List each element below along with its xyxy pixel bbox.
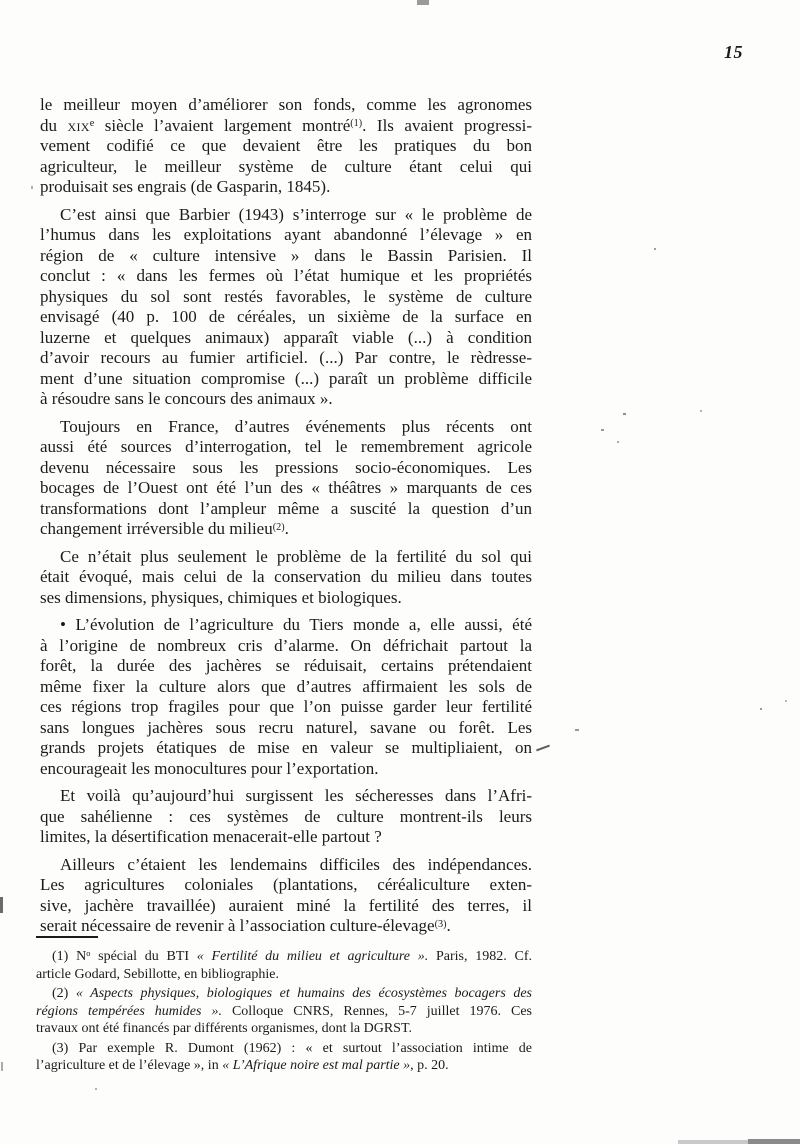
text-line: sive, jachère travaillée) auraient miné … <box>40 896 532 917</box>
paragraph: (2) « Aspects physiques, biologiques et … <box>36 985 532 1038</box>
text-line: (2) « Aspects physiques, biologiques et … <box>36 985 532 1003</box>
body-text: le meilleur moyen d’améliorer son fonds,… <box>40 95 532 937</box>
text-line: limites, la désertification menacerait-e… <box>40 827 532 848</box>
scan-artifact-speck <box>654 248 656 250</box>
document-page: 15 le meilleur moyen d’améliorer son fon… <box>0 0 800 1144</box>
text-line: devenu nécessaire sous les pressions soc… <box>40 458 532 479</box>
text-line: travaux ont été financés par différents … <box>36 1020 532 1038</box>
scan-artifact-speck <box>95 1088 97 1090</box>
text-line: régions tempérées humides ». Colloque CN… <box>36 1003 532 1021</box>
text-line: Ce n’était plus seulement le problème de… <box>40 547 532 568</box>
text-line: l’agriculture et de l’élevage », in « L’… <box>36 1057 532 1075</box>
text-line: (1) No spécial du BTI « Fertilité du mil… <box>36 948 532 966</box>
scan-artifact-top-mark <box>417 0 429 5</box>
text-line: l’humus dans les exploitations ayant aba… <box>40 225 532 246</box>
scan-artifact-speck <box>700 410 702 412</box>
text-line: du xixe siècle l’avaient largement montr… <box>40 116 532 137</box>
text-line: à résoudre sans le concours des animaux … <box>40 389 532 410</box>
scan-artifact-left-tick <box>0 897 3 913</box>
text-line: bocages de l’Ouest ont été l’un des « th… <box>40 478 532 499</box>
text-line: • L’évolution de l’agriculture du Tiers … <box>40 615 532 636</box>
scan-artifact-speck <box>760 708 762 710</box>
text-line: transformations dont l’ampleur même a su… <box>40 499 532 520</box>
scan-artifact-slash <box>536 745 550 752</box>
text-line: Les agricultures coloniales (plantations… <box>40 875 532 896</box>
text-line: le meilleur moyen d’améliorer son fonds,… <box>40 95 532 116</box>
scan-artifact-speck <box>785 700 787 702</box>
text-line: même fixer la culture alors que d’autres… <box>40 677 532 698</box>
text-line: ces régions trop fragiles pour que l’on … <box>40 697 532 718</box>
text-line: était évoqué, mais celui de la conservat… <box>40 567 532 588</box>
text-line: Et voilà qu’aujourd’hui surgissent les s… <box>40 786 532 807</box>
paragraph: Toujours en France, d’autres événements … <box>40 417 532 540</box>
paragraph: le meilleur moyen d’améliorer son fonds,… <box>40 95 532 198</box>
text-line: grands projets étatiques de mise en vale… <box>40 738 532 759</box>
text-line: produisait ses engrais (de Gasparin, 184… <box>40 177 532 198</box>
text-line: Toujours en France, d’autres événements … <box>40 417 532 438</box>
text-line: physiques du sol sont restés favorables,… <box>40 287 532 308</box>
paragraph: (1) No spécial du BTI « Fertilité du mil… <box>36 948 532 983</box>
text-line: ses dimensions, physiques, chimiques et … <box>40 588 532 609</box>
text-line: conclut : « dans les fermes où l’état hu… <box>40 266 532 287</box>
text-line: sans longues jachères sous recru naturel… <box>40 718 532 739</box>
page-number: 15 <box>724 42 743 63</box>
text-line: agriculteur, le meilleur système de cult… <box>40 157 532 178</box>
text-line: ment d’une situation compromise (...) pa… <box>40 369 532 390</box>
paragraph: Et voilà qu’aujourd’hui surgissent les s… <box>40 786 532 848</box>
footnote-separator-rule <box>36 936 98 938</box>
text-line: que sahélienne : ces systèmes de culture… <box>40 807 532 828</box>
text-line: aussi été sources d’interrogation, tel l… <box>40 437 532 458</box>
text-line: (3) Par exemple R. Dumont (1962) : « et … <box>36 1040 532 1058</box>
paragraph: • L’évolution de l’agriculture du Tiers … <box>40 615 532 779</box>
text-line: serait nécessaire de revenir à l’associa… <box>40 916 532 937</box>
scan-artifact-bottom-strip <box>748 1139 800 1144</box>
paragraph: Ce n’était plus seulement le problème de… <box>40 547 532 609</box>
scan-artifact-speck <box>623 413 626 415</box>
scan-artifact-speck <box>601 429 604 431</box>
text-line: envisagé (40 p. 100 de céréales, un sixi… <box>40 307 532 328</box>
scan-artifact-bottom-strip <box>678 1140 748 1144</box>
scan-artifact-speck <box>31 186 33 189</box>
text-line: Ailleurs c’étaient les lendemains diffic… <box>40 855 532 876</box>
text-line: forêt, la durée des jachères se réduisai… <box>40 656 532 677</box>
text-line: article Godard, Sebillotte, en bibliogra… <box>36 966 532 984</box>
scan-artifact-speck <box>617 441 619 443</box>
text-line: encourageait les monocultures pour l’exp… <box>40 759 532 780</box>
scan-artifact-speck <box>575 729 579 731</box>
paragraph: Ailleurs c’étaient les lendemains diffic… <box>40 855 532 937</box>
text-line: d’avoir recours au fumier artificiel. (.… <box>40 348 532 369</box>
text-line: à l’origine de nombreux cris d’alarme. O… <box>40 636 532 657</box>
footnotes: (1) No spécial du BTI « Fertilité du mil… <box>36 946 532 1075</box>
text-line: C’est ainsi que Barbier (1943) s’interro… <box>40 205 532 226</box>
paragraph: C’est ainsi que Barbier (1943) s’interro… <box>40 205 532 410</box>
text-line: luzerne et quelques animaux) apparaît vi… <box>40 328 532 349</box>
text-line: région de « culture intensive » dans le … <box>40 246 532 267</box>
scan-artifact-left-tick <box>1 1062 3 1071</box>
text-line: vement codifié ce que devaient être les … <box>40 136 532 157</box>
paragraph: (3) Par exemple R. Dumont (1962) : « et … <box>36 1040 532 1075</box>
text-line: changement irréversible du milieu(2). <box>40 519 532 540</box>
